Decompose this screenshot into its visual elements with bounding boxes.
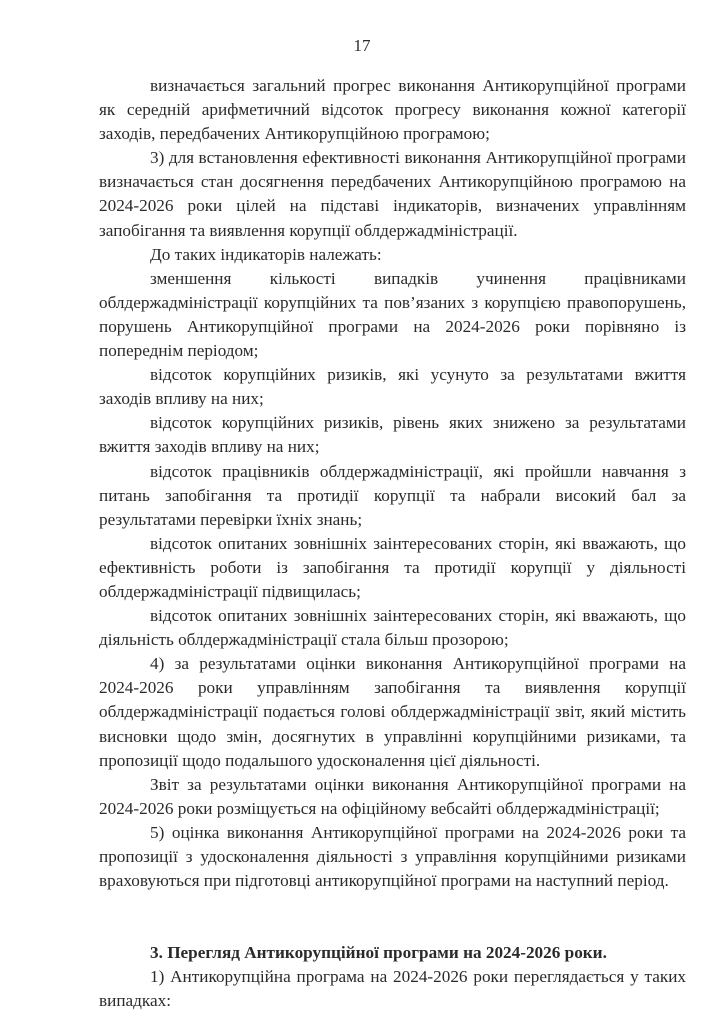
paragraph: 4) за результатами оцінки виконання Анти…: [99, 652, 686, 772]
section-heading: 3. Перегляд Антикорупційної програми на …: [99, 941, 686, 965]
paragraph: 3) для встановлення ефективності виконан…: [99, 146, 686, 242]
paragraph: відсоток опитаних зовнішніх заінтересова…: [99, 604, 686, 652]
paragraph: відсоток корупційних ризиків, які усунут…: [99, 363, 686, 411]
paragraph: відсоток корупційних ризиків, рівень яки…: [99, 411, 686, 459]
page-number: 17: [0, 36, 724, 56]
document-body: визначається загальний прогрес виконання…: [99, 74, 686, 1013]
paragraph: Звіт за результатами оцінки виконання Ан…: [99, 773, 686, 821]
paragraph: визначається загальний прогрес виконання…: [99, 74, 686, 146]
paragraph: відсоток опитаних зовнішніх заінтересова…: [99, 532, 686, 604]
paragraph: відсоток працівників облдержадміністраці…: [99, 460, 686, 532]
paragraph: зменшення кількості випадків учинення пр…: [99, 267, 686, 363]
paragraph: 5) оцінка виконання Антикорупційної прог…: [99, 821, 686, 893]
paragraph: До таких індикаторів належать:: [99, 243, 686, 267]
paragraph: 1) Антикорупційна програма на 2024-2026 …: [99, 965, 686, 1013]
